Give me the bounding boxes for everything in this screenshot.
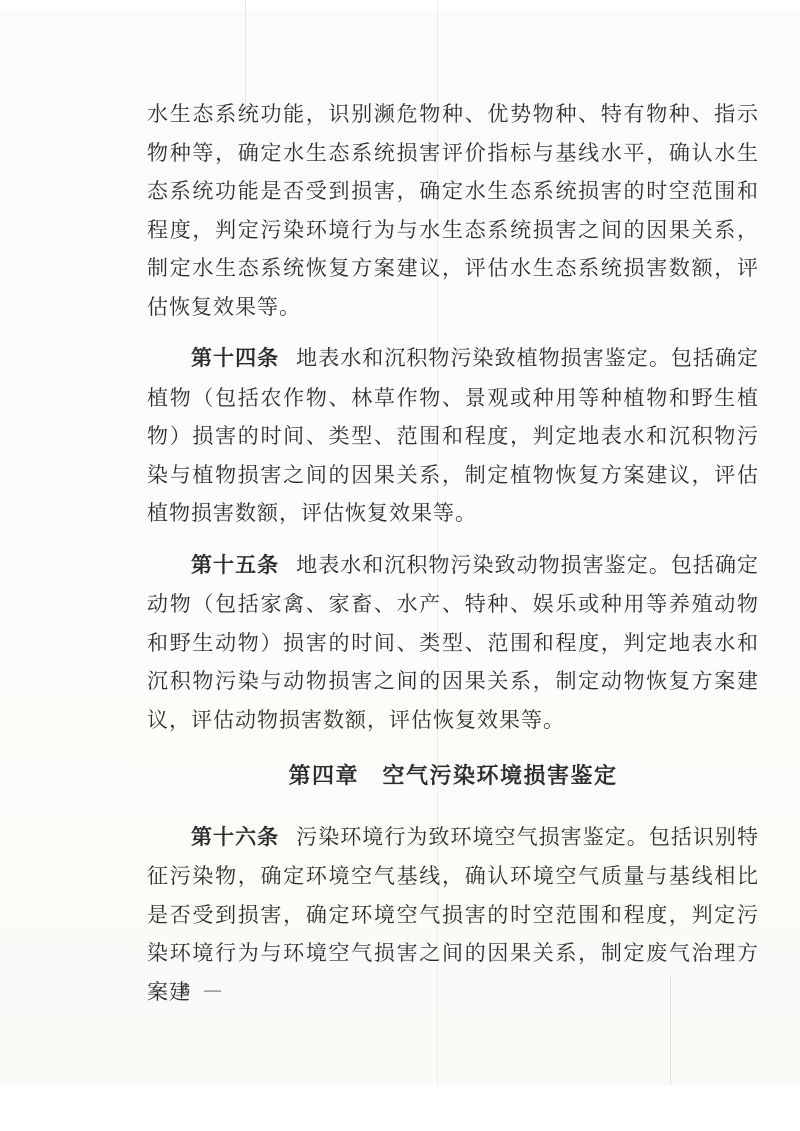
article-16-text: 污染环境行为致环境空气损害鉴定。包括识别特征污染物，确定环境空气基线，确认环境空…: [147, 825, 759, 1004]
article-15-text: 地表水和沉积物污染致动物损害鉴定。包括确定动物（包括家禽、家畜、水产、特种、娱乐…: [147, 553, 759, 732]
article-14-paragraph: 第十四条地表水和沉积物污染致植物损害鉴定。包括确定植物（包括农作物、林草作物、景…: [147, 339, 759, 533]
paragraph-continuation: 水生态系统功能，识别濒危物种、优势物种、特有物种、指示物种等，确定水生态系统损害…: [147, 95, 759, 326]
article-15-label: 第十五条: [191, 554, 279, 577]
article-16-label: 第十六条: [191, 826, 279, 849]
article-16-paragraph: 第十六条污染环境行为致环境空气损害鉴定。包括识别特征污染物，确定环境空气基线，确…: [147, 818, 759, 1012]
chapter-4-heading: 第四章 空气污染环境损害鉴定: [147, 757, 759, 796]
article-14-label: 第十四条: [191, 347, 279, 370]
scanned-document-page: 水生态系统功能，识别濒危物种、优势物种、特有物种、指示物种等，确定水生态系统损害…: [0, 0, 800, 1131]
document-body: 水生态系统功能，识别濒危物种、优势物种、特有物种、指示物种等，确定水生态系统损害…: [147, 95, 759, 1024]
article-14-text: 地表水和沉积物污染致植物损害鉴定。包括确定植物（包括农作物、林草作物、景观或种用…: [147, 346, 759, 525]
scan-artifact-line: [245, 0, 246, 110]
article-15-paragraph: 第十五条地表水和沉积物污染致动物损害鉴定。包括确定动物（包括家禽、家畜、水产、特…: [147, 546, 759, 740]
scan-bottom-edge: [0, 1085, 800, 1131]
page-number: — 6 —: [150, 980, 226, 1000]
